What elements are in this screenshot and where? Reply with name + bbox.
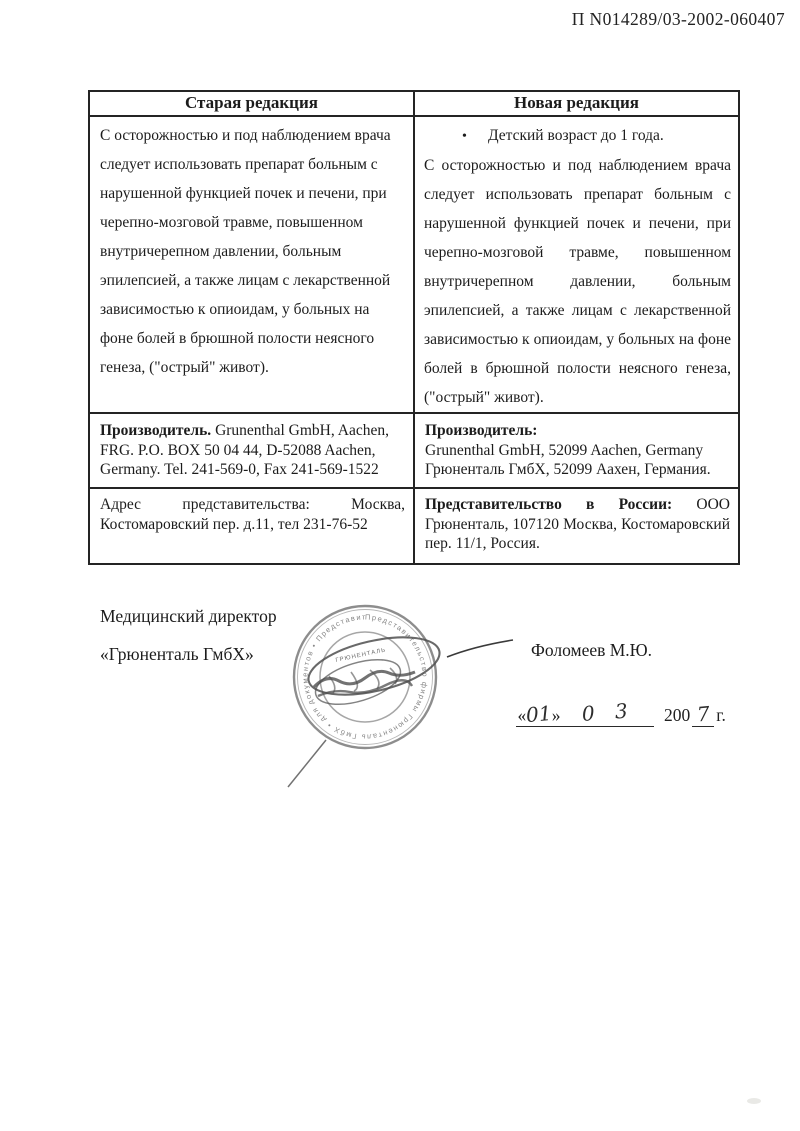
new-manufacturer-line-ru: Грюненталь ГмбХ, 52099 Аахен, Германия. [425, 460, 730, 480]
manufacturer-row: Производитель. Grunenthal GmbH, Aachen, … [89, 413, 739, 488]
old-manufacturer-cell: Производитель. Grunenthal GmbH, Aachen, … [89, 413, 414, 488]
date-year-underline: 7 [692, 702, 714, 727]
new-conditions-text: С осторожностью и под наблюдением врача … [424, 157, 731, 406]
new-conditions-bullet-text: Детский возраст до 1 года. [488, 127, 664, 144]
old-redaction-header: Старая редакция [89, 91, 414, 116]
new-manufacturer-label: Производитель: [425, 421, 730, 441]
date-day-underline: «01» [516, 702, 562, 727]
registration-number: П N014289/03-2002-060407 [572, 9, 785, 30]
table-header-row: Старая редакция Новая редакция [89, 91, 739, 116]
representative-row: Адрес представительства: Москва, Костома… [89, 488, 739, 564]
old-representative-cell: Адрес представительства: Москва, Костома… [89, 488, 414, 564]
old-conditions-text: С осторожностью и под наблюдением врача … [100, 127, 391, 376]
signer-role-line2: «Грюненталь ГмбХ» [100, 644, 254, 665]
new-manufacturer-line-en: Grunenthal GmbH, 52099 Aachen, Germany [425, 441, 730, 461]
new-conditions-bullet-line: •Детский возраст до 1 года. [424, 121, 731, 151]
redaction-comparison-table: Старая редакция Новая редакция С осторож… [88, 90, 740, 565]
year-printed: 200 [664, 705, 690, 725]
signer-role-line1: Медицинский директор [100, 606, 277, 627]
handwritten-day: 01 [525, 701, 552, 727]
old-conditions-cell: С осторожностью и под наблюдением врача … [89, 116, 414, 413]
new-conditions-cell: •Детский возраст до 1 года. С осторожнос… [414, 116, 739, 413]
old-manufacturer-label: Производитель. [100, 422, 215, 439]
old-representative-text: Адрес представительства: Москва, Костома… [100, 496, 405, 533]
date-month-underline: 0 3 [562, 702, 654, 727]
new-representative-cell: Представительство в России: ООО Грюнента… [414, 488, 739, 564]
signer-name: Фоломеев М.Ю. [531, 640, 652, 661]
close-quote: » [552, 705, 561, 725]
new-redaction-header: Новая редакция [414, 91, 739, 116]
new-representative-label: Представительство в России: [425, 496, 696, 513]
company-stamp-icon: Представительство фирмы Грюненталь ГмбХ … [266, 590, 476, 805]
new-manufacturer-cell: Производитель: Grunenthal GmbH, 52099 Aa… [414, 413, 739, 488]
pen-stroke-icon [445, 636, 517, 662]
scanned-document-page: П N014289/03-2002-060407 Старая редакция… [0, 0, 800, 1131]
date-line: «01»0 32007г. [516, 702, 726, 727]
conditions-row: С осторожностью и под наблюдением врача … [89, 116, 739, 413]
bullet-icon: • [462, 122, 488, 151]
scan-artifact-speck [747, 1098, 761, 1104]
date-suffix: г. [716, 705, 726, 725]
handwritten-year-digit: 7 [696, 701, 711, 726]
handwritten-month: 0 3 [581, 698, 635, 726]
